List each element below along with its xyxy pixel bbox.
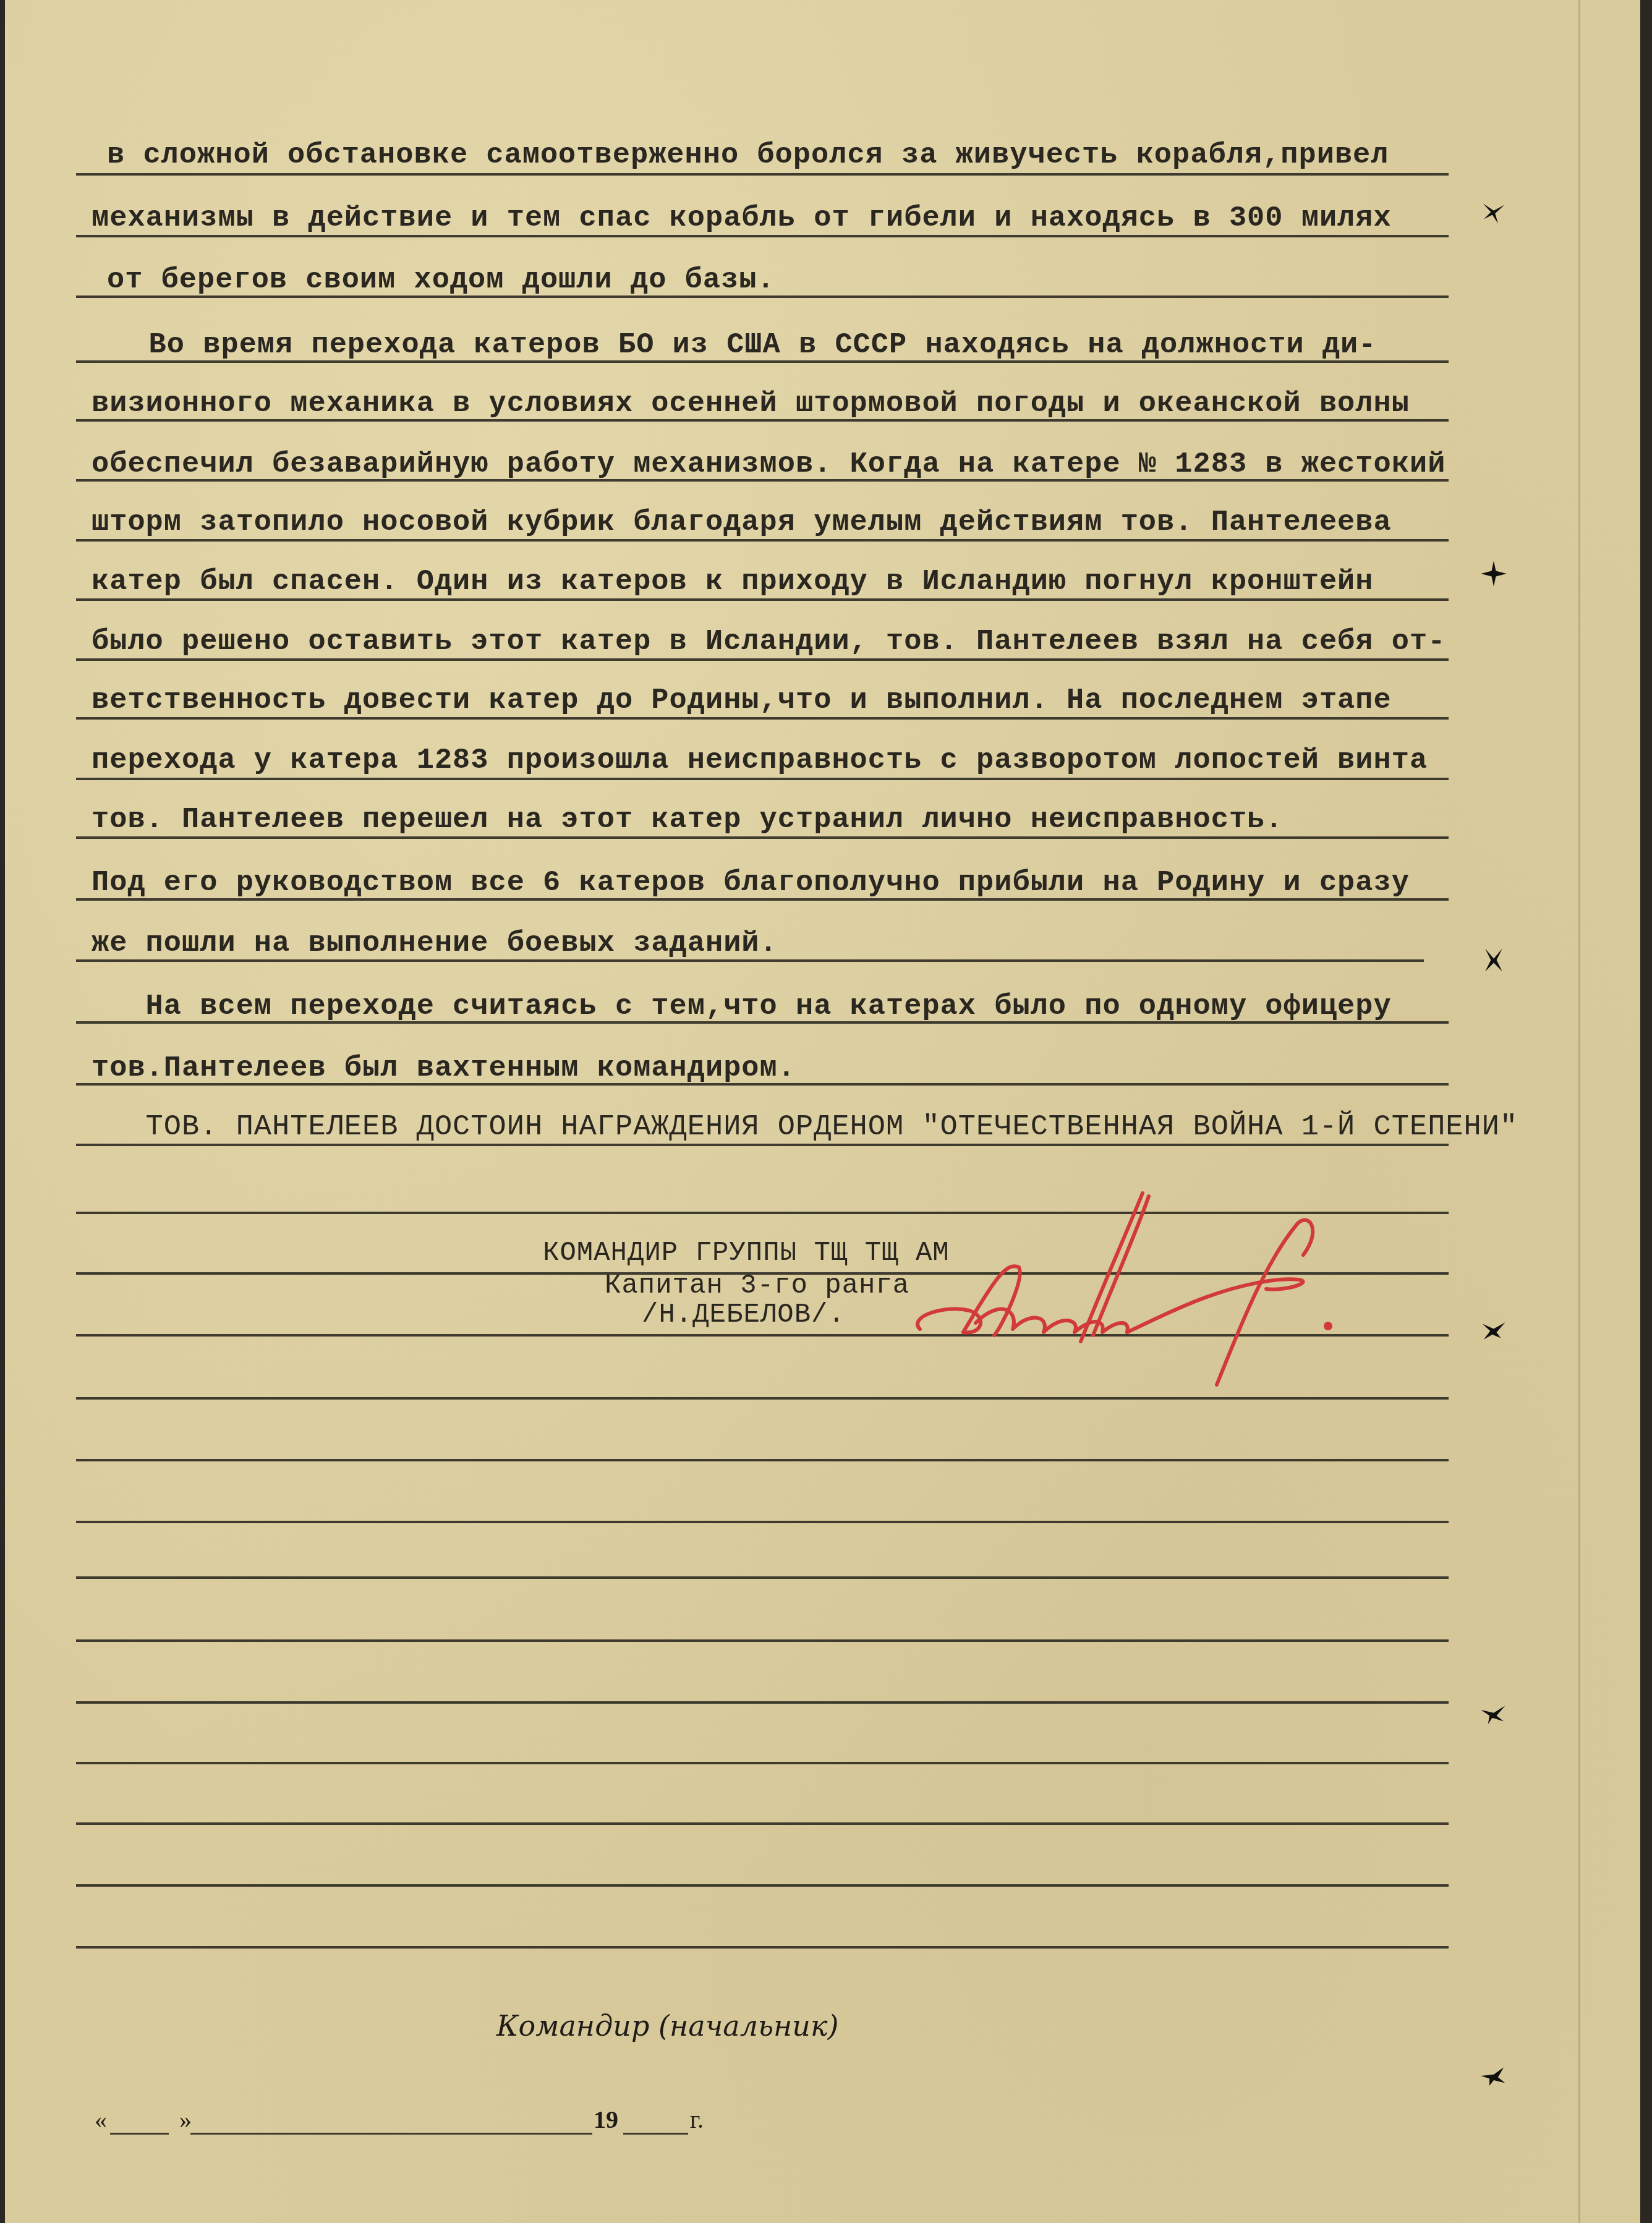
underline-rule <box>76 1701 1449 1704</box>
underline-rule <box>76 173 1449 176</box>
underline-rule <box>76 1397 1449 1400</box>
underline-rule <box>76 959 1424 962</box>
text-line: тов. Пантелеев перешел на этот катер уст… <box>92 805 1284 835</box>
underline-rule <box>76 1884 1449 1887</box>
underline-rule <box>76 479 1449 482</box>
signer-title: КОМАНДИР ГРУППЫ ТЩ ТЩ АМ <box>543 1239 950 1267</box>
text-line: На всем переходе считаясь с тем,что на к… <box>92 992 1392 1021</box>
underline-rule <box>76 1459 1449 1461</box>
underline-rule <box>76 1576 1449 1579</box>
underline-rule <box>76 539 1449 542</box>
month-blank[interactable] <box>190 2133 592 2135</box>
text-line: обеспечил безаварийную работу механизмов… <box>92 450 1445 479</box>
underline-rule <box>76 360 1449 363</box>
text-line: механизмы в действие и тем спас корабль … <box>92 204 1392 233</box>
underline-rule <box>76 836 1449 839</box>
underline-rule <box>76 235 1449 237</box>
date-close-quote: » <box>179 2105 192 2134</box>
punch-hole-icon <box>1480 198 1508 226</box>
underline-rule <box>76 1822 1449 1825</box>
underline-rule <box>76 1521 1449 1523</box>
underline-rule <box>76 658 1449 661</box>
signer-rank: Капитан 3-го ранга <box>605 1272 909 1299</box>
underline-rule <box>76 778 1449 780</box>
underline-rule <box>76 1144 1449 1146</box>
text-line: тов.Пантелеев был вахтенным командиром. <box>92 1054 796 1083</box>
underline-rule <box>76 598 1449 601</box>
date-open-quote: « <box>95 2105 107 2134</box>
paper-fold <box>1578 0 1580 2223</box>
punch-hole-icon <box>1480 1700 1508 1728</box>
text-line: визионного механика в условиях осенней ш… <box>92 389 1410 419</box>
handwritten-signature <box>895 1187 1340 1391</box>
underline-rule <box>76 295 1449 298</box>
year-prefix: 19 <box>594 2105 618 2134</box>
punch-hole-icon <box>1480 1317 1508 1345</box>
text-line: в сложной обстановке самоотверженно боро… <box>107 141 1389 170</box>
text-line: от берегов своим ходом дошли до базы. <box>107 266 775 295</box>
text-line: Под его руководством все 6 катеров благо… <box>92 869 1410 898</box>
year-suffix: г. <box>690 2105 704 2134</box>
text-line: было решено оставить этот катер в Исланд… <box>92 627 1445 657</box>
underline-rule <box>76 898 1449 901</box>
day-blank[interactable] <box>110 2133 169 2135</box>
text-line: ветственность довести катер до Родины,чт… <box>92 686 1392 715</box>
text-line: шторм затопило носовой кубрик благодаря … <box>92 508 1392 537</box>
text-line: Во время перехода катеров БО из США в СС… <box>95 331 1377 360</box>
text-line: перехода у катера 1283 произошла неиспра… <box>92 746 1428 775</box>
year-blank[interactable] <box>623 2133 688 2135</box>
underline-rule <box>76 1946 1449 1949</box>
punch-hole-icon <box>1480 2062 1508 2090</box>
text-line: катер был спасен. Один из катеров к прих… <box>92 567 1374 597</box>
text-line: ТОВ. ПАНТЕЛЕЕВ ДОСТОИН НАГРАЖДЕНИЯ ОРДЕН… <box>92 1113 1518 1142</box>
signer-name: /Н.ДЕБЕЛОВ/. <box>642 1301 845 1328</box>
punch-hole-icon <box>1480 946 1508 974</box>
document-page: в сложной обстановке самоотверженно боро… <box>5 0 1640 2223</box>
underline-rule <box>76 1021 1449 1024</box>
text-line: же пошли на выполнение боевых заданий. <box>92 929 778 958</box>
commander-label: Командир (начальник) <box>496 2009 838 2042</box>
underline-rule <box>76 419 1449 422</box>
underline-rule <box>76 1762 1449 1764</box>
underline-rule <box>76 717 1449 720</box>
underline-rule <box>76 1639 1449 1642</box>
underline-rule <box>76 1083 1449 1086</box>
punch-hole-icon <box>1480 559 1508 588</box>
